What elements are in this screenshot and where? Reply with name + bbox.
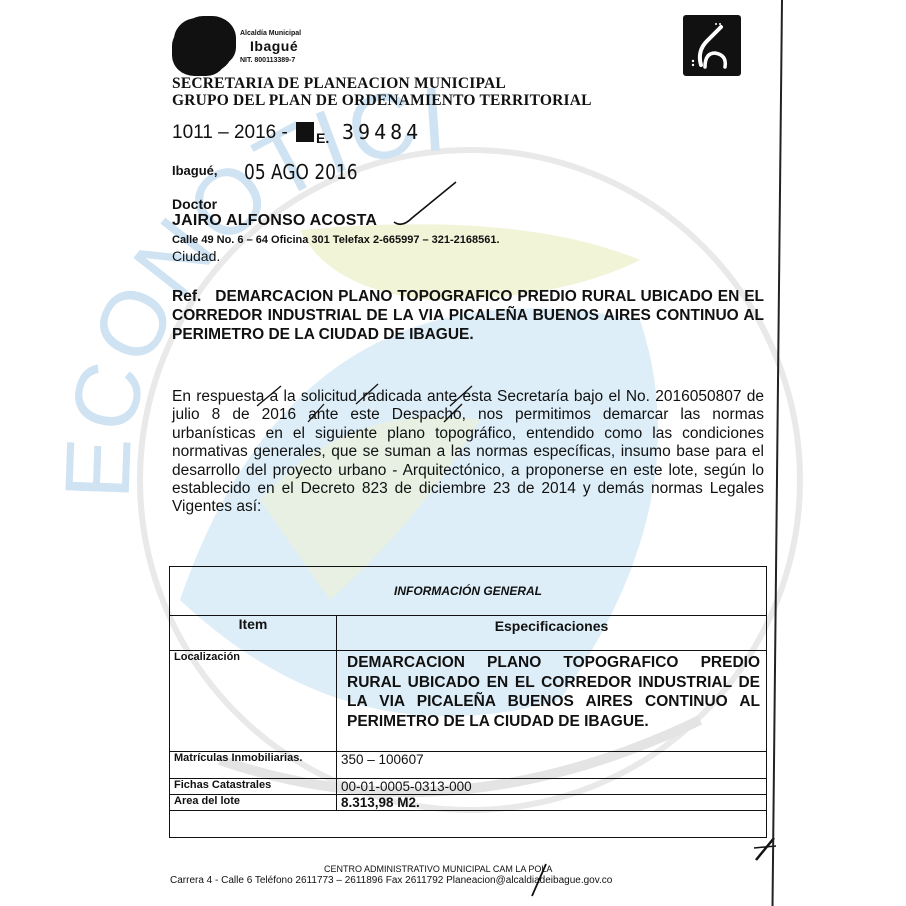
reference-stamp-suffix: E. [316,130,329,146]
row-label: Localización [170,651,337,752]
row-value: 00-01-0005-0313-000 [337,779,767,795]
subject: Ref.DEMARCACION PLANO TOPOGRAFICO PREDIO… [172,287,764,344]
table-row: Localización DEMARCACION PLANO TOPOGRAFI… [170,651,767,752]
pen-mark-icon [440,400,470,424]
recipient-address: Calle 49 No. 6 – 64 Oficina 301 Telefax … [172,234,500,246]
document-page: Alcaldía Municipal Ibagué NIT. 800113389… [0,0,906,906]
redaction-mark [296,122,314,142]
department-name: SECRETARIA DE PLANEACION MUNICIPAL [172,75,506,93]
footer-building: CENTRO ADMINISTRATIVO MUNICIPAL CAM LA P… [324,864,552,874]
municipal-logo [174,18,236,72]
recipient-title: Doctor [172,196,217,212]
pen-mark-icon [352,382,382,406]
checkmark-icon [392,178,462,228]
logo-city: Ibagué [250,38,298,54]
reference-prefix: 1011 – 2016 - [172,122,288,144]
emblem-icon [683,15,741,76]
subject-label: Ref. [172,288,201,305]
dateline-place: Ibagué, [172,163,218,178]
pen-mark-icon [304,402,328,424]
logo-nit: NIT. 800113389-7 [240,57,295,64]
group-name: GRUPO DEL PLAN DE ORDENAMIENTO TERRITORI… [172,92,592,110]
logo-label: Alcaldía Municipal [240,30,301,37]
row-value: 350 – 100607 [337,752,767,779]
pen-mark-icon [528,862,550,898]
recipient-name: JAIRO ALFONSO ACOSTA [172,212,377,230]
table-title: INFORMACIÓN GENERAL [170,567,767,616]
general-info-table: INFORMACIÓN GENERAL Item Especificacione… [169,566,767,838]
column-header-specs: Especificaciones [337,616,767,651]
row-value: 8.313,98 M2. [337,795,767,811]
subject-text: DEMARCACION PLANO TOPOGRAFICO PREDIO RUR… [172,288,764,343]
table-row: Matrículas Inmobiliarias. 350 – 100607 [170,752,767,779]
row-label: Area del lote [170,795,337,811]
table-empty-row [170,811,767,838]
row-label: Fichas Catastrales [170,779,337,795]
coat-of-arms-icon [174,18,232,72]
row-value: DEMARCACION PLANO TOPOGRAFICO PREDIO RUR… [337,651,767,752]
table-row: Area del lote 8.313,98 M2. [170,795,767,811]
column-header-item: Item [170,616,337,651]
recipient-city: Ciudad. [172,248,220,264]
row-label: Matrículas Inmobiliarias. [170,752,337,779]
reference-stamped-number: 39484 [342,120,422,144]
pen-mark-icon [255,384,285,408]
table-row: Fichas Catastrales 00-01-0005-0313-000 [170,779,767,795]
date-stamp: 05 AGO 2016 [244,160,358,184]
